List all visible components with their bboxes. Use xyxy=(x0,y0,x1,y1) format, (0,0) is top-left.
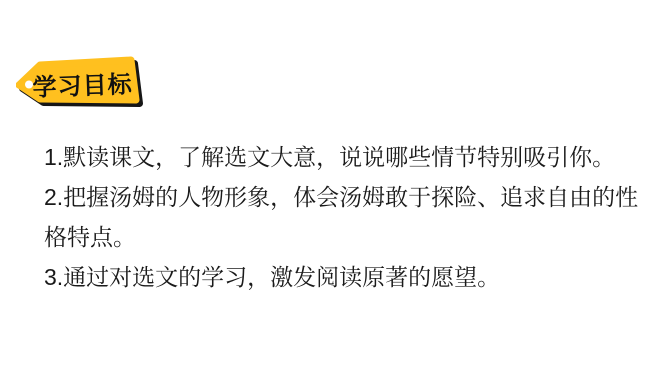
title-badge: 学习目标 xyxy=(16,56,146,112)
objective-line-3: 3.通过对选文的学习，激发阅读原著的愿望。 xyxy=(44,257,644,297)
objective-line-2-wrap: 格特点。 xyxy=(44,217,644,257)
objective-line-1: 1.默读课文，了解选文大意，说说哪些情节特别吸引你。 xyxy=(44,137,644,177)
slide: 学习目标 1.默读课文，了解选文大意，说说哪些情节特别吸引你。 2.把握汤姆的人… xyxy=(0,0,668,376)
page-title: 学习目标 xyxy=(29,66,135,101)
objective-line-2: 2.把握汤姆的人物形象，体会汤姆敢于探险、追求自由的性 xyxy=(44,177,644,217)
objectives-text: 1.默读课文，了解选文大意，说说哪些情节特别吸引你。 2.把握汤姆的人物形象，体… xyxy=(44,137,644,297)
